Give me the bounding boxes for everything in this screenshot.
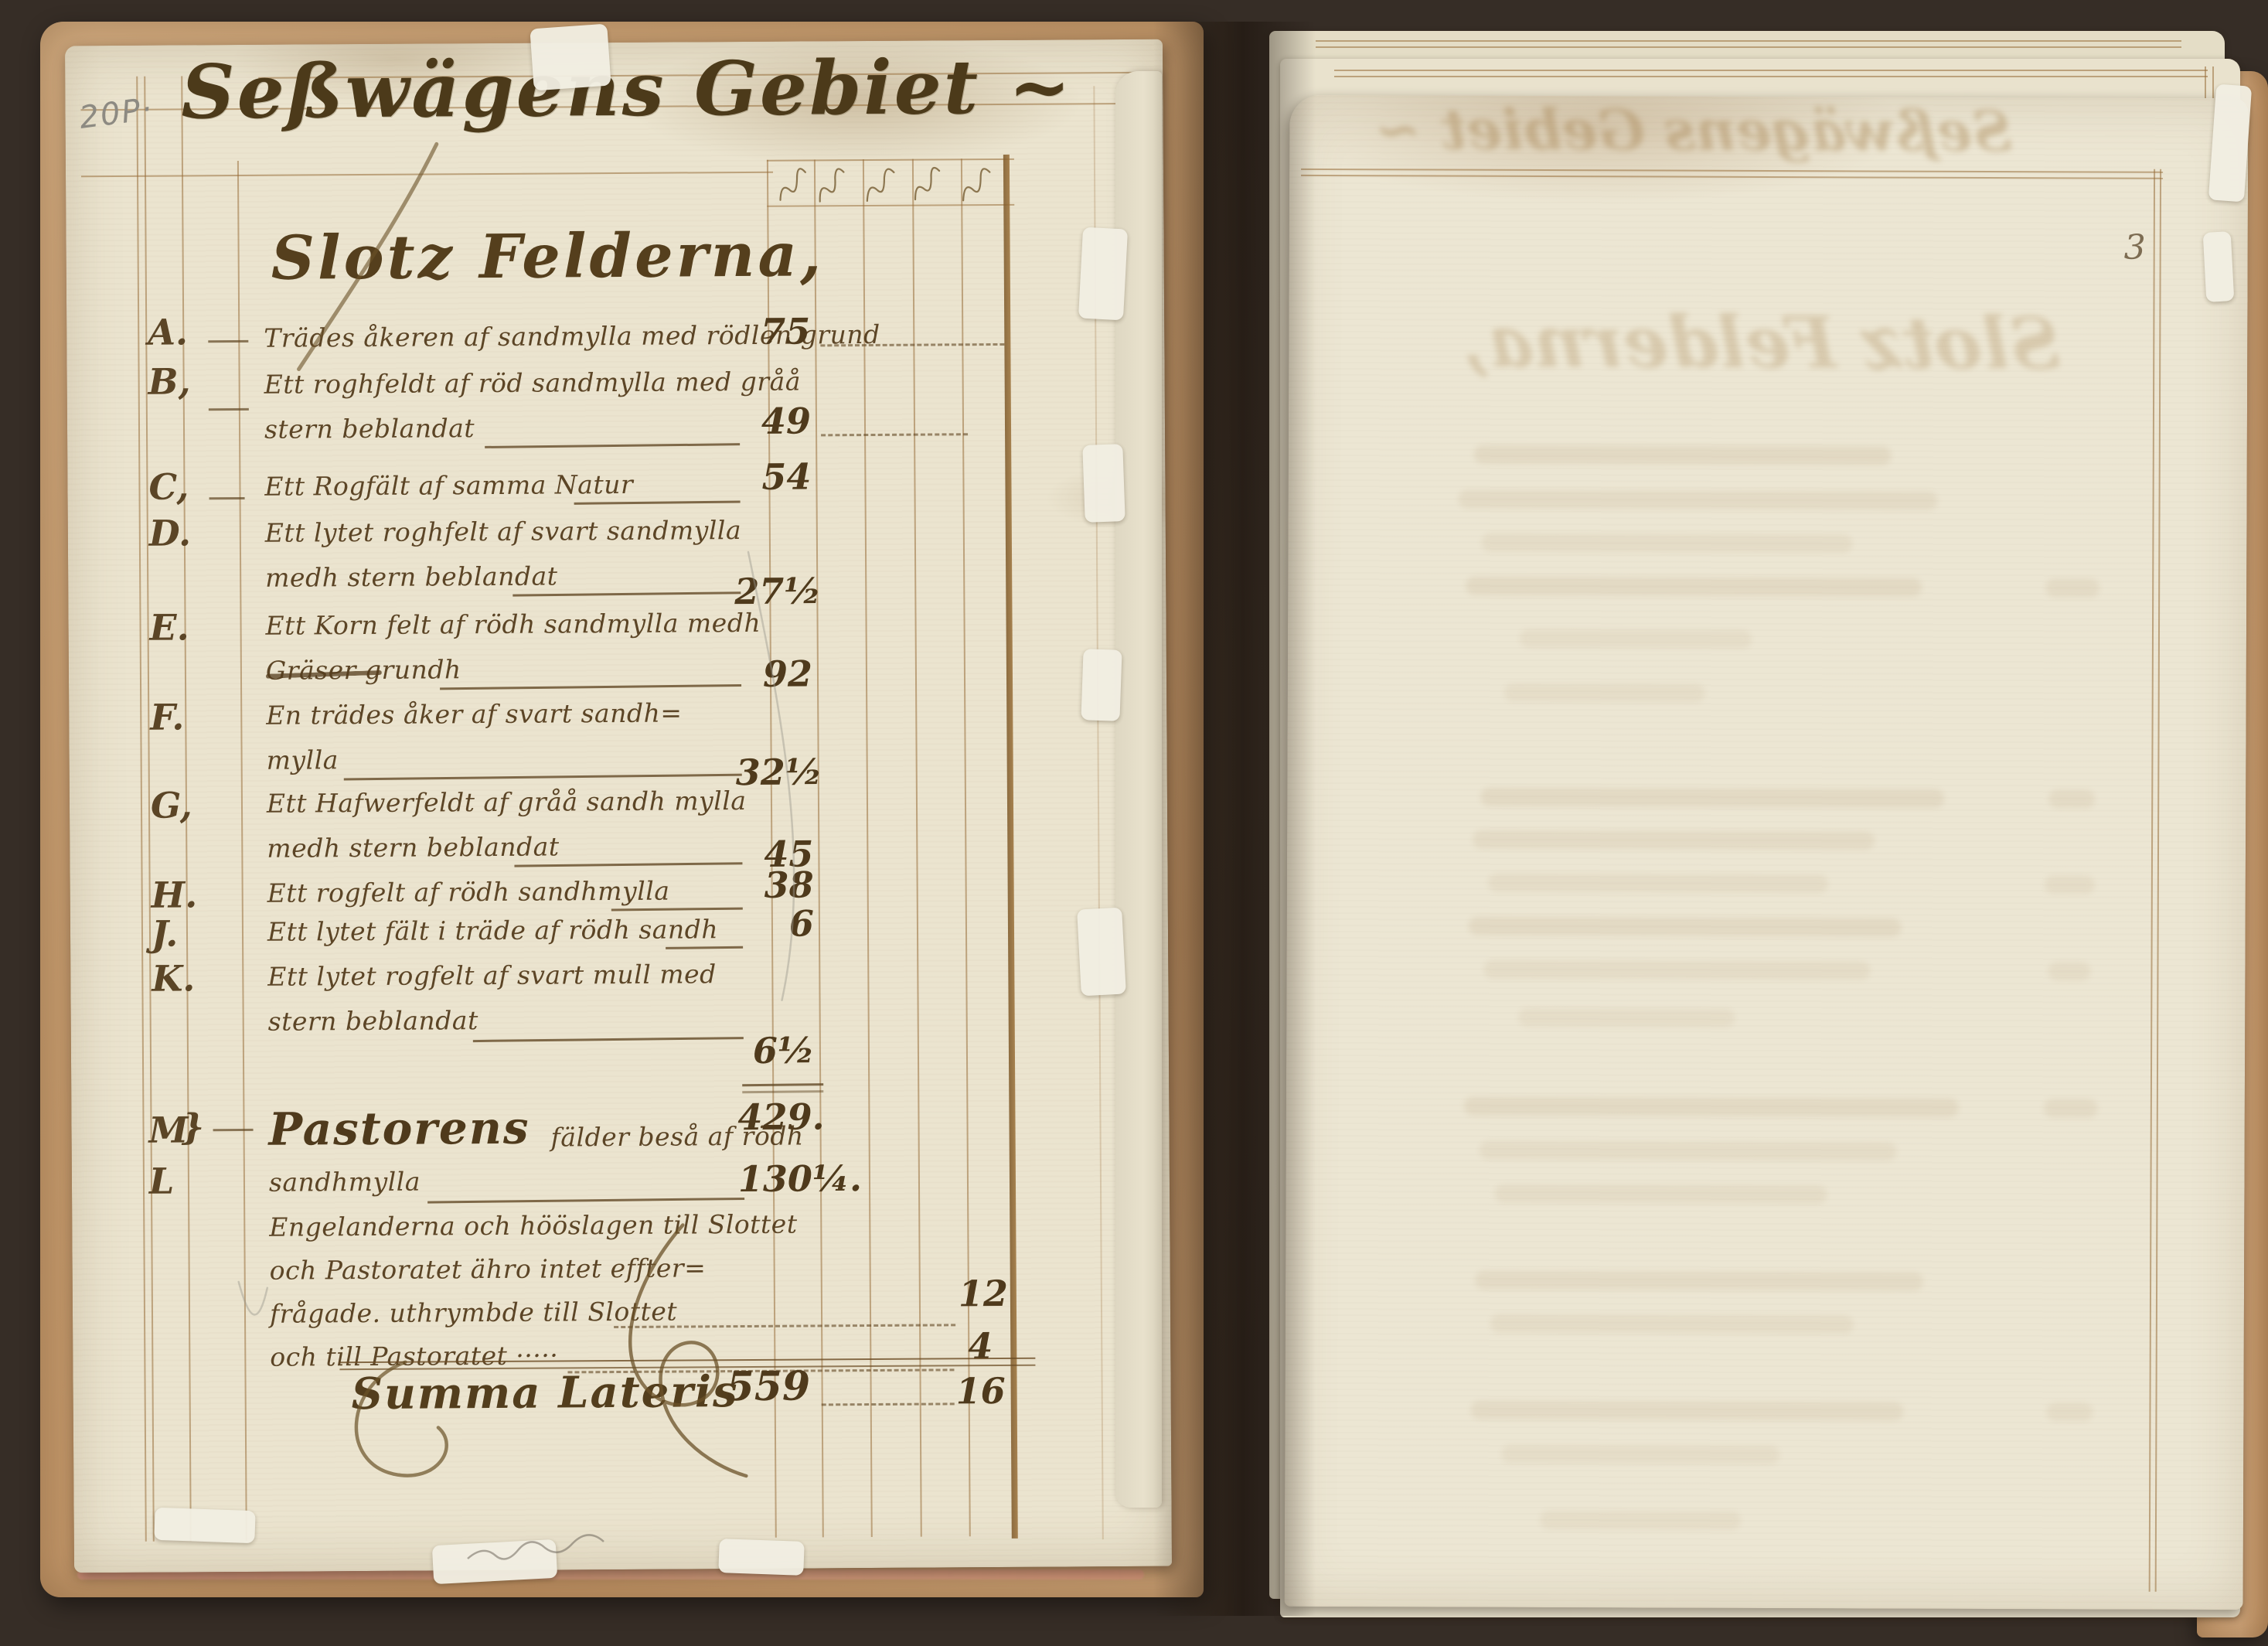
bleedthrough-line xyxy=(1494,1184,1827,1205)
bleedthrough-line xyxy=(1481,533,1852,554)
bleedthrough-line xyxy=(1464,1097,1959,1117)
paper-fragment xyxy=(1077,908,1126,997)
bleedthrough-line xyxy=(1473,830,1875,850)
margin-line xyxy=(2149,169,2155,1592)
paper-fragment xyxy=(2203,231,2235,302)
paper-fragment xyxy=(154,1508,255,1544)
paper-fragment xyxy=(1081,649,1122,721)
bleedthrough-line xyxy=(1488,874,1828,894)
rule-line xyxy=(1301,169,2163,173)
bleedthrough-line xyxy=(1520,629,1752,649)
bleedthrough-line xyxy=(1518,1008,1735,1027)
bleedthrough-number xyxy=(2045,578,2099,597)
bleedthrough-line xyxy=(1480,788,1944,808)
right-page: 3 Seßwägens Gebiet ~ Slotz Felderna, xyxy=(1285,95,2249,1610)
bleedthrough-line xyxy=(1540,1511,1741,1530)
bleedthrough-line xyxy=(1474,445,1892,465)
bleedthrough-number xyxy=(2044,1099,2098,1117)
ink-flourishes xyxy=(65,39,1172,1573)
bleedthrough-line xyxy=(1475,1271,1923,1291)
tape-fragment xyxy=(530,24,611,91)
margin-line xyxy=(2155,169,2161,1592)
rule-line xyxy=(1316,40,2181,42)
bleedthrough-number xyxy=(2046,1402,2093,1421)
paper-fragment xyxy=(1082,444,1125,523)
bleedthrough-line xyxy=(1469,917,1902,937)
bleedthrough-number xyxy=(2048,962,2090,980)
rule-line xyxy=(1316,46,2181,48)
bleedthrough-line xyxy=(1504,683,1705,703)
rule-line xyxy=(1334,76,2208,77)
rule-line xyxy=(1301,175,2163,179)
bleedthrough-heading: Slotz Felderna, xyxy=(1463,306,2060,380)
left-page: 20P· Seßwägens Gebiet ~ Slotz Felderna, … xyxy=(65,39,1172,1573)
bleedthrough-line xyxy=(1480,1141,1897,1161)
bleedthrough-title: Seßwägens Gebiet ~ xyxy=(1374,101,2012,159)
bleedthrough-line xyxy=(1466,577,1922,597)
bleedthrough-number xyxy=(2045,875,2095,894)
cover-pencil-scribble xyxy=(464,1537,742,1568)
bleedthrough-number xyxy=(2048,789,2095,808)
bleedthrough-line xyxy=(1490,1314,1854,1334)
bleedthrough-line xyxy=(1501,1445,1779,1464)
folio-number: 3 xyxy=(2124,231,2146,265)
bleedthrough-line xyxy=(1459,490,1938,510)
rule-line xyxy=(1334,70,2208,71)
bleedthrough-line xyxy=(1470,1401,1903,1421)
bleedthrough-line xyxy=(1483,960,1870,980)
paper-fragment xyxy=(1078,227,1128,321)
book-scan: 20P· Seßwägens Gebiet ~ Slotz Felderna, … xyxy=(0,0,2268,1646)
